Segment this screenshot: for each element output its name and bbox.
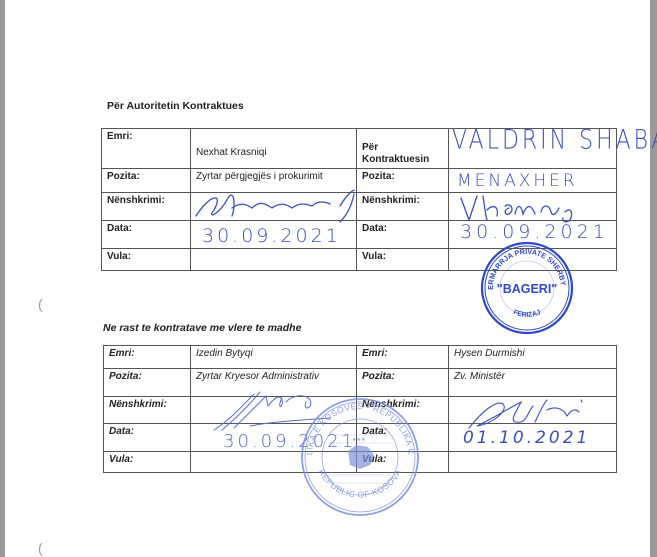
value-position-right: Zv. Ministër bbox=[449, 369, 617, 397]
svg-text:★★★: ★★★ bbox=[352, 437, 366, 443]
svg-text:REPUBLIC OF KOSOVA: REPUBLIC OF KOSOVA bbox=[317, 467, 404, 499]
label-seal: Vula: bbox=[104, 452, 191, 473]
authority-signature-icon bbox=[190, 186, 360, 224]
label-position: Pozita: bbox=[104, 369, 191, 397]
svg-text:FERIZAJ: FERIZAJ bbox=[512, 309, 542, 319]
label-contractor-signature: Nënshkrimi: bbox=[357, 193, 449, 221]
label-contractor-seal: Vula: bbox=[357, 249, 449, 271]
right-signature-icon bbox=[463, 396, 593, 432]
company-stamp-icon: NDERMARRJA PRIVATE SHERBYESE "BAGERI" FE… bbox=[479, 240, 575, 336]
section-heading-contracting-authority: Për Autoritetin Kontraktues bbox=[107, 100, 244, 112]
label-date: Data: bbox=[104, 424, 191, 452]
seal-cell-right bbox=[449, 452, 617, 473]
handwritten-right-date: 01.10.2021 bbox=[463, 428, 590, 448]
document-page: Për Autoritetin Kontraktues Emri: Nexhat… bbox=[5, 0, 650, 557]
svg-text:"BAGERI": "BAGERI" bbox=[497, 282, 558, 296]
seal-cell bbox=[191, 249, 357, 271]
label-contractor-date: Data: bbox=[357, 221, 449, 249]
label-signature: Nënshkrimi: bbox=[104, 397, 191, 424]
label-position-right: Pozita: bbox=[357, 369, 449, 397]
value-name: Izedin Bytyqi bbox=[191, 346, 357, 369]
label-signature: Nënshkrimi: bbox=[102, 193, 191, 221]
margin-mark: ( bbox=[38, 296, 43, 312]
handwritten-authority-date: 30.09.2021 bbox=[202, 225, 341, 247]
handwritten-contractor-name: VALDRIN SHABANI bbox=[452, 126, 657, 156]
label-name-right: Emri: bbox=[357, 346, 449, 369]
handwritten-contractor-position: MENAXHER bbox=[457, 171, 578, 191]
value-name: Nexhat Krasniqi bbox=[191, 129, 357, 169]
label-position: Pozita: bbox=[102, 169, 191, 193]
ministry-stamp-icon: REPUBLIKA E KOSOVËS • REPUBLIKA KOSOVA R… bbox=[298, 395, 422, 519]
label-date: Data: bbox=[102, 221, 191, 249]
label-name: Emri: bbox=[104, 346, 191, 369]
label-seal: Vula: bbox=[102, 249, 191, 271]
section-heading-large-contracts: Ne rast te kontratave me vlere te madhe bbox=[103, 322, 301, 334]
value-name-right: Hysen Durmishi bbox=[449, 346, 617, 369]
label-name: Emri: bbox=[102, 129, 191, 169]
contractor-signature-icon bbox=[457, 192, 597, 224]
label-contractor-position: Pozita: bbox=[357, 169, 449, 193]
label-contractor: Për Kontraktuesin bbox=[357, 129, 449, 169]
margin-mark: ( bbox=[38, 540, 43, 556]
